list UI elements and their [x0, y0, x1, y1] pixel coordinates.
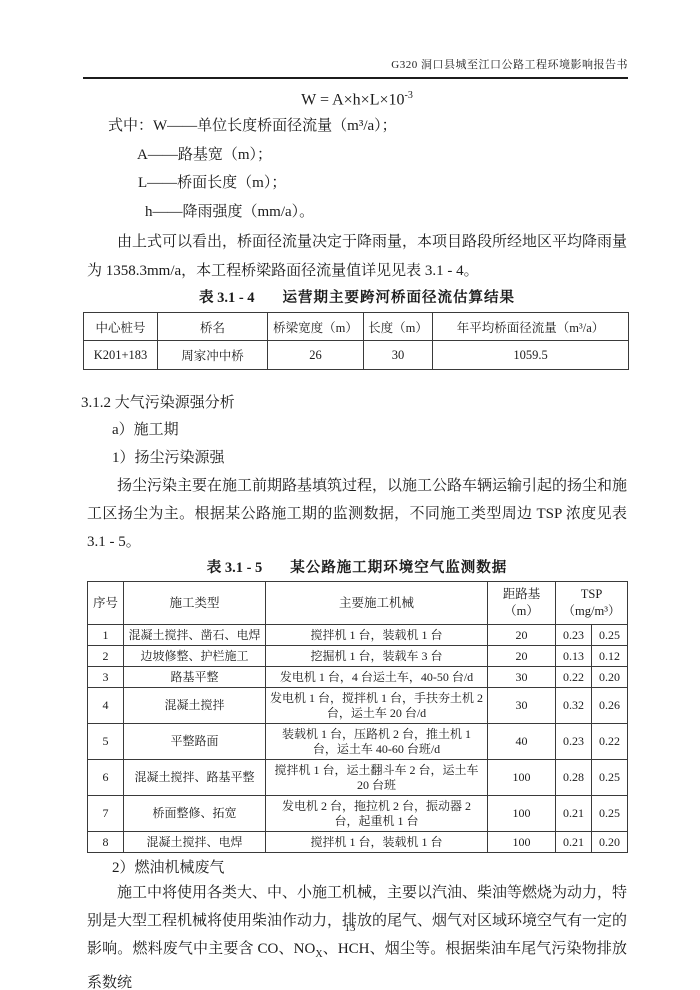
data-cell: 30 — [488, 688, 556, 724]
data-cell: 5 — [88, 724, 124, 760]
paragraph-dust: 扬尘污染主要在施工前期路基填筑过程，以施工公路车辆运输引起的扬尘和施工区扬尘为主… — [87, 472, 627, 556]
definition-h: h——降雨强度（mm/a）。 — [145, 198, 627, 227]
data-cell: 1 — [88, 625, 124, 646]
table-row: 3 路基平整 发电机 1 台，4 台运土车，40-50 台/d 30 0.22 … — [88, 667, 628, 688]
data-cell: 发电机 1 台，4 台运土车，40-50 台/d — [266, 667, 488, 688]
data-cell: 2 — [88, 646, 124, 667]
header-cell: 主要施工机械 — [266, 582, 488, 625]
definition-l: L——桥面长度（m）； — [138, 169, 627, 198]
data-cell: 0.22 — [592, 724, 628, 760]
data-cell: 100 — [488, 796, 556, 832]
table-row: 1 混凝土搅拌、凿石、电焊 搅拌机 1 台，装载机 1 台 20 0.23 0.… — [88, 625, 628, 646]
data-cell: 30 — [488, 667, 556, 688]
data-cell: 40 — [488, 724, 556, 760]
table-row: K201+183 周家冲中桥 26 30 1059.5 — [84, 341, 629, 370]
formula-base: W = A×h×L×10 — [301, 91, 404, 108]
table5-caption-title: 某公路施工期环境空气监测数据 — [290, 560, 507, 576]
data-cell: 30 — [364, 341, 433, 370]
data-cell: 0.22 — [556, 667, 592, 688]
data-cell: 3 — [88, 667, 124, 688]
data-cell: 0.13 — [556, 646, 592, 667]
data-cell: 0.21 — [556, 832, 592, 853]
paragraph-runoff: 由上式可以看出，桥面径流量决定于降雨量，本项目路段所经地区平均降雨量为 1358… — [87, 228, 627, 286]
data-cell: 路基平整 — [124, 667, 266, 688]
data-cell: 1059.5 — [433, 341, 629, 370]
data-cell: 0.32 — [556, 688, 592, 724]
data-cell: 100 — [488, 760, 556, 796]
page-header: G320 洞口县城至江口公路工程环境影响报告书 — [83, 56, 628, 79]
runoff-formula: W = A×h×L×10-3 — [87, 84, 627, 108]
report-title: G320 洞口县城至江口公路工程环境影响报告书 — [391, 59, 628, 71]
data-cell: 6 — [88, 760, 124, 796]
page-content: W = A×h×L×10-3 式中：W——单位长度桥面径流量（m³/a）； A—… — [87, 84, 627, 990]
data-cell: 0.20 — [592, 832, 628, 853]
subsection-2: 2）燃油机械废气 — [112, 858, 627, 879]
data-cell: 4 — [88, 688, 124, 724]
data-cell: 搅拌机 1 台，装载机 1 台 — [266, 625, 488, 646]
data-cell: 0.12 — [592, 646, 628, 667]
air-monitoring-table: 序号 施工类型 主要施工机械 距路基 （m） TSP （mg/m³） 1 混凝土… — [87, 581, 628, 853]
data-cell: 20 — [488, 625, 556, 646]
data-cell: 0.25 — [592, 760, 628, 796]
nox-subscript: X — [315, 949, 322, 960]
data-cell: 0.20 — [592, 667, 628, 688]
data-cell: 边坡修整、护栏施工 — [124, 646, 266, 667]
data-cell: 搅拌机 1 台，运土翻斗车 2 台，运土车 20 台班 — [266, 760, 488, 796]
table4-caption-label: 表 3.1 - 4 — [199, 290, 255, 306]
table5-caption-label: 表 3.1 - 5 — [207, 560, 263, 576]
data-cell: 8 — [88, 832, 124, 853]
header-cell: 施工类型 — [124, 582, 266, 625]
data-cell: 发电机 1 台，搅拌机 1 台，手扶夯土机 2 台，运土车 20 台/d — [266, 688, 488, 724]
header-cell: 序号 — [88, 582, 124, 625]
table5-caption: 表 3.1 - 5某公路施工期环境空气监测数据 — [87, 558, 627, 579]
data-cell: 0.23 — [556, 625, 592, 646]
header-cell: 年平均桥面径流量（m³/a） — [433, 313, 629, 341]
data-cell: 混凝土搅拌 — [124, 688, 266, 724]
data-cell: 装载机 1 台，压路机 2 台，推土机 1 台，运土车 40-60 台班/d — [266, 724, 488, 760]
bridge-runoff-table: 中心桩号 桥名 桥梁宽度（m） 长度（m） 年平均桥面径流量（m³/a） K20… — [83, 312, 629, 370]
data-cell: 0.25 — [592, 796, 628, 832]
subsection-1: 1）扬尘污染源强 — [112, 448, 627, 469]
data-cell: 混凝土搅拌、凿石、电焊 — [124, 625, 266, 646]
data-cell: 混凝土搅拌、路基平整 — [124, 760, 266, 796]
data-cell: 发电机 2 台，拖拉机 2 台，振动器 2 台，起重机 1 台 — [266, 796, 488, 832]
table-header-row: 序号 施工类型 主要施工机械 距路基 （m） TSP （mg/m³） — [88, 582, 628, 625]
formula-definitions: 式中：W——单位长度桥面径流量（m³/a）； A——路基宽（m）； L——桥面长… — [87, 112, 627, 226]
header-cell-tsp: TSP （mg/m³） — [556, 582, 628, 625]
table-row: 4 混凝土搅拌 发电机 1 台，搅拌机 1 台，手扶夯土机 2 台，运土车 20… — [88, 688, 628, 724]
data-cell: 7 — [88, 796, 124, 832]
header-cell: 中心桩号 — [84, 313, 158, 341]
data-cell: 100 — [488, 832, 556, 853]
document-page: G320 洞口县城至江口公路工程环境影响报告书 W = A×h×L×10-3 式… — [0, 0, 700, 990]
data-cell: 0.21 — [556, 796, 592, 832]
data-cell: 搅拌机 1 台，装载机 1 台 — [266, 832, 488, 853]
data-cell: 平整路面 — [124, 724, 266, 760]
subsection-a: a）施工期 — [112, 420, 627, 441]
data-cell: 混凝土搅拌、电焊 — [124, 832, 266, 853]
formula-exponent: -3 — [405, 90, 413, 101]
section-heading-3-1-2: 3.1.2 大气污染源强分析 — [81, 392, 627, 414]
data-cell: 桥面整修、拓宽 — [124, 796, 266, 832]
definition-a: A——路基宽（m）； — [137, 141, 627, 170]
table-header-row: 中心桩号 桥名 桥梁宽度（m） 长度（m） 年平均桥面径流量（m³/a） — [84, 313, 629, 341]
paragraph-fuel-exhaust: 施工中将使用各类大、中、小施工机械，主要以汽油、柴油等燃烧为动力，特别是大型工程… — [87, 879, 627, 990]
table4-caption-title: 运营期主要跨河桥面径流估算结果 — [283, 290, 516, 306]
data-cell: 周家冲中桥 — [158, 341, 268, 370]
data-cell: K201+183 — [84, 341, 158, 370]
definition-w: 式中：W——单位长度桥面径流量（m³/a）； — [108, 112, 627, 141]
table-row: 7 桥面整修、拓宽 发电机 2 台，拖拉机 2 台，振动器 2 台，起重机 1 … — [88, 796, 628, 832]
header-cell: 桥名 — [158, 313, 268, 341]
page-number: 13 — [0, 922, 700, 934]
header-cell: 距路基 （m） — [488, 582, 556, 625]
data-cell: 挖掘机 1 台，装载车 3 台 — [266, 646, 488, 667]
data-cell: 20 — [488, 646, 556, 667]
table4-caption: 表 3.1 - 4运营期主要跨河桥面径流估算结果 — [87, 288, 627, 309]
header-cell: 桥梁宽度（m） — [268, 313, 364, 341]
table-row: 5 平整路面 装载机 1 台，压路机 2 台，推土机 1 台，运土车 40-60… — [88, 724, 628, 760]
table-row: 8 混凝土搅拌、电焊 搅拌机 1 台，装载机 1 台 100 0.21 0.20 — [88, 832, 628, 853]
data-cell: 0.28 — [556, 760, 592, 796]
header-cell: 长度（m） — [364, 313, 433, 341]
data-cell: 0.25 — [592, 625, 628, 646]
data-cell: 0.26 — [592, 688, 628, 724]
data-cell: 26 — [268, 341, 364, 370]
table-row: 2 边坡修整、护栏施工 挖掘机 1 台，装载车 3 台 20 0.13 0.12 — [88, 646, 628, 667]
data-cell: 0.23 — [556, 724, 592, 760]
table-row: 6 混凝土搅拌、路基平整 搅拌机 1 台，运土翻斗车 2 台，运土车 20 台班… — [88, 760, 628, 796]
